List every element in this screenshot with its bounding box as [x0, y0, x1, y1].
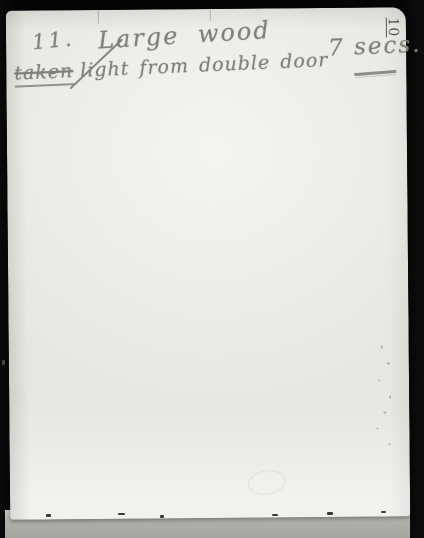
- edge-speck: [381, 511, 386, 513]
- paper-speck: [383, 411, 386, 413]
- exposure-note: 7 secs.: [328, 32, 422, 62]
- corner-page-number: 10: [385, 17, 401, 37]
- handwritten-title: Large wood: [97, 16, 271, 54]
- paper-speck: [387, 362, 390, 364]
- paper-crease-mark: [98, 10, 99, 24]
- pencil-underline: [354, 70, 396, 76]
- faint-circular-stain: [246, 468, 287, 497]
- edge-speck: [160, 515, 164, 518]
- crossed-out-word: taken: [14, 60, 74, 88]
- paper-speck: [381, 345, 383, 348]
- edge-speck: [118, 513, 125, 515]
- edge-speck: [327, 512, 333, 515]
- paper-speck: [389, 395, 391, 398]
- edge-speck: [272, 514, 278, 516]
- paper-speck: [378, 380, 380, 382]
- item-number: 11.: [31, 26, 76, 54]
- paper-speck: [376, 428, 378, 430]
- scanned-photo-back: 11. Large wood takenlight from double do…: [0, 0, 424, 538]
- photo-back-paper: 11. Large wood takenlight from double do…: [6, 7, 410, 519]
- paper-crease-mark: [210, 9, 211, 21]
- paper-speck: [389, 443, 391, 445]
- handwritten-caption: takenlight from double door: [14, 49, 329, 85]
- edge-speck: [46, 514, 51, 517]
- scan-border-speck: [2, 360, 5, 365]
- caption-text: light from double door: [80, 49, 329, 82]
